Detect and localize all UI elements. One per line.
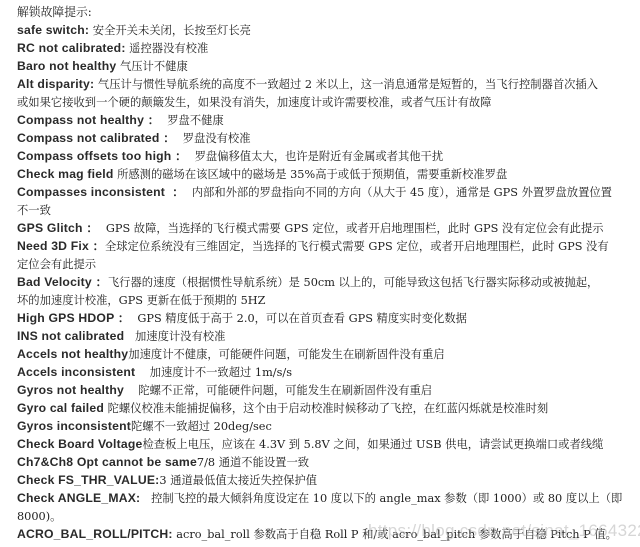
fault-term: Gyro cal failed — [17, 401, 104, 415]
fault-entry: Compasses inconsistent ： 内部和外部的罗盘指向不同的方向… — [17, 183, 635, 201]
fault-term: Accels not healthy — [17, 347, 128, 361]
fault-description: 遥控器没有校准 — [129, 42, 208, 55]
fault-description-continued: 或如果它接收到一个硬的颠簸发生，如果没有消失，加速度计或许需要校准，或者气压计有… — [17, 96, 491, 109]
fault-description: 罗盘没有校准 — [183, 132, 251, 145]
fault-entry: Gyros not healthy 陀螺不正常，可能硬件问题，可能发生在刷新固件… — [17, 381, 635, 399]
fault-term: Compass not healthy — [17, 113, 144, 127]
fault-entry: safe switch: 安全开关未关闭，长按至灯长亮 — [17, 21, 635, 39]
fault-term: RC not calibrated — [17, 41, 121, 55]
fault-separator: ： — [165, 185, 192, 199]
fault-entry: RC not calibrated: 遥控器没有校准 — [17, 39, 635, 57]
fault-description: GPS 故障，当选择的飞行模式需要 GPS 定位，或者开启地理围栏，此时 GPS… — [106, 222, 604, 235]
document-heading: 解锁故障提示: — [17, 3, 635, 21]
fault-description: 罗盘不健康 — [167, 114, 224, 127]
fault-separator: ： — [83, 221, 106, 235]
fault-separator — [135, 365, 149, 379]
fault-separator — [124, 383, 138, 397]
fault-description: 安全开关未关闭，长按至灯长亮 — [93, 24, 251, 37]
fault-separator: : — [85, 23, 93, 37]
fault-entry-continuation: 定位会有此提示 — [17, 255, 635, 273]
fault-entry: Check FS_THR_VALUE:3 通道最低值太接近失控保护值 — [17, 471, 635, 489]
fault-separator: ： — [160, 131, 183, 145]
fault-term: ACRO_BAL_ROLL/PITCH — [17, 527, 168, 541]
fault-entry-continuation: 不一致 — [17, 201, 635, 219]
fault-entry: Baro not healthy 气压计不健康 — [17, 57, 635, 75]
fault-entry: Gyros inconsistent陀螺不一致超过 20deg/sec — [17, 417, 635, 435]
fault-term: Alt disparity — [17, 77, 90, 91]
fault-separator: : — [136, 491, 151, 505]
fault-term: Gyros not healthy — [17, 383, 124, 397]
fault-description: 加速度计不一致超过 1m/s/s — [150, 366, 292, 379]
fault-description: 陀螺不正常，可能硬件问题，可能发生在刷新固件没有重启 — [138, 384, 432, 397]
fault-separator: ： — [144, 113, 167, 127]
fault-term: Gyros inconsistent — [17, 419, 131, 433]
fault-term: Check ANGLE_MAX — [17, 491, 136, 505]
fault-description-continued: 8000)。 — [17, 510, 61, 523]
fault-description-continued: 不一致 — [17, 204, 51, 217]
fault-entry: GPS Glitch ： GPS 故障，当选择的飞行模式需要 GPS 定位，或者… — [17, 219, 635, 237]
fault-entry: Check mag field 所感测的磁场在该区域中的磁场是 35%高于或低于… — [17, 165, 635, 183]
fault-term: Compasses inconsistent — [17, 185, 165, 199]
fault-description: 检查板上电压，应该在 4.3V 到 5.8V 之间，如果通过 USB 供电，请尝… — [142, 438, 603, 451]
fault-description: 全球定位系统没有三维固定，当选择的飞行模式需要 GPS 定位，或者开启地理围栏，… — [105, 240, 609, 253]
fault-separator: ： — [114, 311, 137, 325]
fault-description: 3 通道最低值太接近失控保护值 — [159, 474, 317, 487]
fault-term: Accels inconsistent — [17, 365, 135, 379]
fault-entry: Check ANGLE_MAX: 控制飞控的最大倾斜角度设定在 10 度以下的 … — [17, 489, 635, 507]
watermark: https://blog.csdn.net/sinat_16643223 — [368, 521, 640, 541]
fault-entry: Bad Velocity ：飞行器的速度（根据惯性导航系统）是 50cm 以上的… — [17, 273, 635, 291]
fault-description: 罗盘偏移值太大，也许是附近有金属或者其他干扰 — [195, 150, 444, 163]
fault-term: Check Board Voltage — [17, 437, 142, 451]
fault-term: Check mag field — [17, 167, 113, 181]
fault-separator: ： — [171, 149, 194, 163]
fault-entry: INS not calibrated 加速度计没有校准 — [17, 327, 635, 345]
fault-description: 飞行器的速度（根据惯性导航系统）是 50cm 以上的，可能导致这包括飞行器实际移… — [108, 276, 598, 289]
fault-description: 加速度计不健康，可能硬件问题，可能发生在刷新固件没有重启 — [128, 348, 444, 361]
fault-description: 控制飞控的最大倾斜角度设定在 10 度以下的 angle_max 参数（即 10… — [151, 492, 622, 505]
fault-entry: Gyro cal failed 陀螺仪校准未能捕捉偏移，这个由于启动校准时候移动… — [17, 399, 635, 417]
unlock-fault-tips-document: 解锁故障提示: safe switch: 安全开关未关闭，长按至灯长亮RC no… — [17, 3, 635, 543]
fault-entry: Compass offsets too high ： 罗盘偏移值太大，也许是附近… — [17, 147, 635, 165]
fault-description: 7/8 通道不能设置一致 — [197, 456, 309, 469]
fault-separator — [124, 329, 135, 343]
fault-entry: Need 3D Fix ：全球定位系统没有三维固定，当选择的飞行模式需要 GPS… — [17, 237, 635, 255]
fault-description-continued: 坏的加速度计校准，GPS 更新在低于预期的 5HZ — [17, 294, 265, 307]
entry-list: safe switch: 安全开关未关闭，长按至灯长亮RC not calibr… — [17, 21, 635, 543]
fault-entry: High GPS HDOP ： GPS 精度低于高于 2.0，可以在首页查看 G… — [17, 309, 635, 327]
fault-term: High GPS HDOP — [17, 311, 114, 325]
fault-term: GPS Glitch — [17, 221, 83, 235]
fault-description: 加速度计没有校准 — [135, 330, 225, 343]
fault-term: Bad Velocity — [17, 275, 92, 289]
fault-term: Baro not healthy — [17, 59, 116, 73]
fault-entry: Alt disparity: 气压计与惯性导航系统的高度不一致超过 2 米以上，… — [17, 75, 635, 93]
fault-entry-continuation: 或如果它接收到一个硬的颠簸发生，如果没有消失，加速度计或许需要校准，或者气压计有… — [17, 93, 635, 111]
fault-term: Compass not calibrated — [17, 131, 160, 145]
fault-description: 陀螺不一致超过 20deg/sec — [131, 420, 272, 433]
fault-description: 所感测的磁场在该区域中的磁场是 35%高于或低于预期值，需要重新校准罗盘 — [117, 168, 507, 181]
fault-term: Check FS_THR_VALUE — [17, 473, 155, 487]
fault-separator: ： — [89, 239, 105, 253]
fault-term: INS not calibrated — [17, 329, 124, 343]
fault-term: Ch7&Ch8 Opt cannot be same — [17, 455, 197, 469]
fault-description: GPS 精度低于高于 2.0，可以在首页查看 GPS 精度实时变化数据 — [137, 312, 467, 325]
fault-entry: Accels inconsistent 加速度计不一致超过 1m/s/s — [17, 363, 635, 381]
fault-entry-continuation: 坏的加速度计校准，GPS 更新在低于预期的 5HZ — [17, 291, 635, 309]
fault-entry: Compass not healthy ： 罗盘不健康 — [17, 111, 635, 129]
fault-term: safe switch — [17, 23, 85, 37]
fault-description: 陀螺仪校准未能捕捉偏移，这个由于启动校准时候移动了飞控，在红蓝闪烁就是校准时刻 — [108, 402, 549, 415]
fault-entry: Compass not calibrated ： 罗盘没有校准 — [17, 129, 635, 147]
fault-description: 气压计与惯性导航系统的高度不一致超过 2 米以上，这一消息通常是短暂的，当飞行控… — [98, 78, 598, 91]
fault-term: Compass offsets too high — [17, 149, 171, 163]
fault-description: 内部和外部的罗盘指向不同的方向（从大于 45 度），通常是 GPS 外置罗盘放置… — [192, 186, 612, 199]
fault-description: 气压计不健康 — [120, 60, 188, 73]
fault-term: Need 3D Fix — [17, 239, 89, 253]
fault-entry: Check Board Voltage检查板上电压，应该在 4.3V 到 5.8… — [17, 435, 635, 453]
fault-entry: Accels not healthy加速度计不健康，可能硬件问题，可能发生在刷新… — [17, 345, 635, 363]
fault-description-continued: 定位会有此提示 — [17, 258, 96, 271]
fault-separator: ： — [92, 275, 108, 289]
fault-separator: : — [121, 41, 129, 55]
fault-separator: : — [90, 77, 98, 91]
fault-entry: Ch7&Ch8 Opt cannot be same7/8 通道不能设置一致 — [17, 453, 635, 471]
